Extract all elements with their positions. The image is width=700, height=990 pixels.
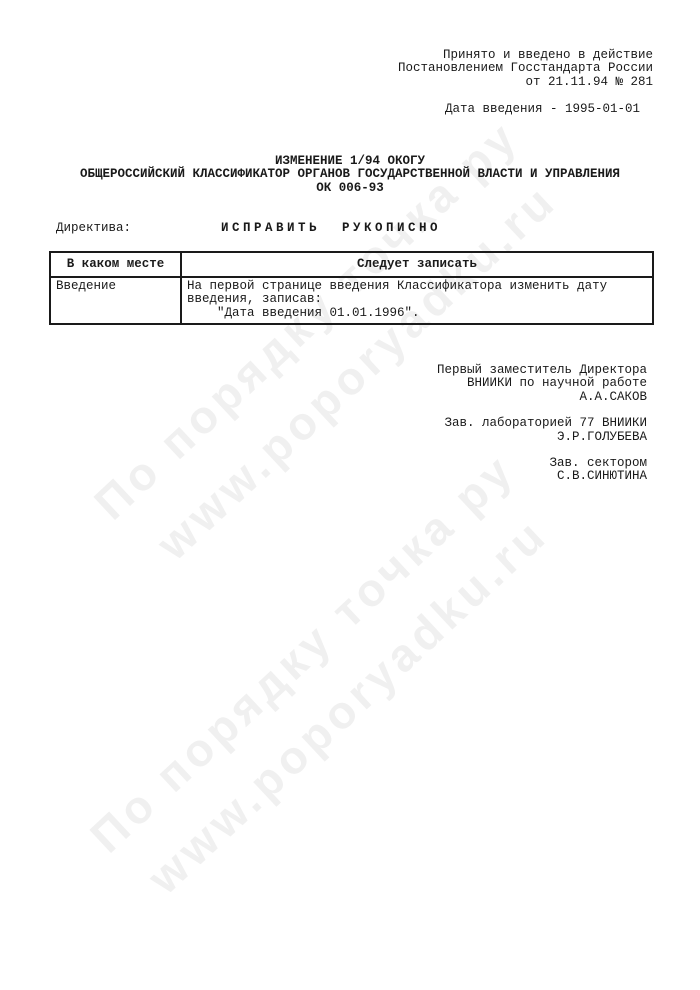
signature-line: С.В.СИНЮТИНА <box>437 470 647 483</box>
signature-line: Э.Р.ГОЛУБЕВА <box>437 431 647 444</box>
column-header-location: В каком месте <box>50 252 181 277</box>
document-page: По порядку точка ру www.poporyadku.ru По… <box>0 0 700 990</box>
instruction-line: введения, записав: <box>187 293 647 306</box>
signature-line: ВНИИКИ по научной работе <box>437 377 647 390</box>
directive-value: ИСПРАВИТЬ РУКОПИСНО <box>221 222 441 235</box>
watermark-site-name: По порядку точка ру <box>94 457 513 849</box>
table-row: Введение На первой странице введения Кла… <box>50 277 653 324</box>
adoption-line: Постановлением Госстандарта России <box>398 62 653 75</box>
signature-line: Зав. лабораторией 77 ВНИИКИ <box>437 417 647 430</box>
signature-deputy-director: Первый заместитель Директора ВНИИКИ по н… <box>437 364 647 404</box>
signature-block: Первый заместитель Директора ВНИИКИ по н… <box>437 364 647 484</box>
column-header-instruction: Следует записать <box>181 252 653 277</box>
signature-line: Первый заместитель Директора <box>437 364 647 377</box>
change-table: В каком месте Следует записать Введение … <box>49 251 654 325</box>
cell-instruction: На первой странице введения Классификато… <box>181 277 653 324</box>
title-line: ОБЩЕРОССИЙСКИЙ КЛАССИФИКАТОР ОРГАНОВ ГОС… <box>0 168 700 181</box>
document-title: ИЗМЕНЕНИЕ 1/94 ОКОГУ ОБЩЕРОССИЙСКИЙ КЛАС… <box>0 155 700 195</box>
signature-lab-head: Зав. лабораторией 77 ВНИИКИ Э.Р.ГОЛУБЕВА <box>437 417 647 444</box>
introduction-date: Дата введения - 1995-01-01 <box>445 103 640 116</box>
signature-sector-head: Зав. сектором С.В.СИНЮТИНА <box>437 457 647 484</box>
signature-line: Зав. сектором <box>437 457 647 470</box>
adoption-line: Принято и введено в действие <box>398 49 653 62</box>
signature-line: А.А.САКОВ <box>437 391 647 404</box>
cell-location: Введение <box>50 277 181 324</box>
adoption-line: от 21.11.94 № 281 <box>398 76 653 89</box>
table-header-row: В каком месте Следует записать <box>50 252 653 277</box>
instruction-line: "Дата введения 01.01.1996". <box>187 307 647 320</box>
directive-label: Директива: <box>56 222 131 235</box>
adoption-statement: Принято и введено в действие Постановлен… <box>398 49 653 89</box>
instruction-line: На первой странице введения Классификато… <box>187 280 647 293</box>
title-line: ОК 006-93 <box>0 182 700 195</box>
